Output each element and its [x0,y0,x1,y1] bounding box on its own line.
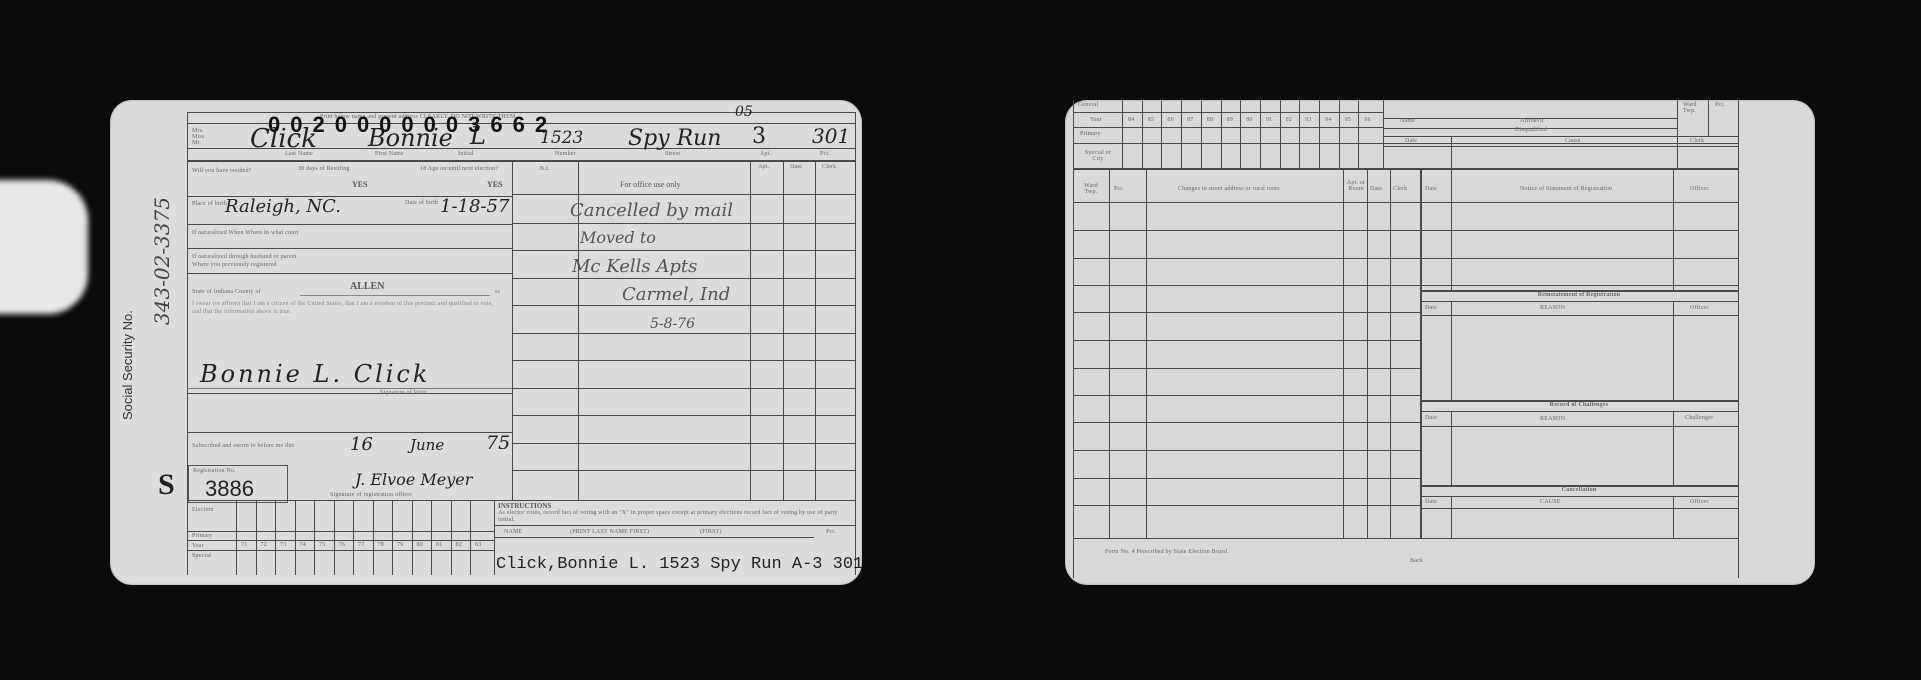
grid-year: 81 [436,542,442,548]
ssn-label: Social Security No. [120,310,135,420]
grid-year: 71 [241,542,247,548]
grid-year: 90 [1246,117,1252,123]
grid-year: 80 [417,542,423,548]
birthdate-value: 1-18-57 [440,196,509,217]
footer-name-label: NAME [504,529,522,535]
grid-line [1319,100,1320,170]
sworn-month: June [410,436,444,454]
q3-label: 18 Age on/until next election? [420,166,498,172]
office-note: Carmel, Ind [622,284,730,305]
sworn-year: 75 [486,432,510,454]
q1-label: Will you have resided? [192,168,252,174]
registration-number-value: 3886 [205,476,254,502]
back-label: Back [1410,558,1423,564]
grid-line [1073,340,1420,341]
cancellation-title: Cancellation [1420,487,1738,493]
top-mark: 05 [735,104,753,120]
grid-year: 86 [1167,117,1173,123]
apt-label: Apt. [760,151,771,157]
grid-line [1142,100,1143,170]
address-apt: 3 [752,124,766,149]
grid-year: 89 [1227,117,1233,123]
oath-text: I swear (or affirm) that I am a citizen … [192,300,502,316]
voter-registration-card-back [1065,100,1815,585]
grid-year: 92 [1286,117,1292,123]
pct-label-right: Pct. [1715,102,1725,108]
grid-label-year: Year [192,543,204,549]
col-date: Date [1370,186,1382,192]
grid-line [451,500,452,575]
blurred-card-edge [0,180,88,314]
instructions-title: INSTRUCTIONS [498,502,551,510]
title-prefix: Mrs.MissMr. [192,128,204,146]
sworn-label: Subscribed and sworn to before me this [192,443,295,449]
q2-label: 30 days of Residing [298,166,350,172]
address-number: 1523 [540,128,583,148]
office-bi-label: B.I. [540,166,550,172]
instructions-text: As elector votes, record fact of voting … [498,510,848,524]
address-street: Spy Run [628,126,721,151]
challenges-title: Record of Challenges [1420,402,1738,408]
grid-year: 75 [319,542,325,548]
footer-pct-label: Pct. [826,529,836,535]
office-note: Moved to [580,228,656,247]
disqualified-label: Disqualified [1515,127,1547,133]
grid-line [1073,450,1420,451]
grid-line [1122,100,1123,170]
grid-label-election: Election [192,507,214,513]
county-suffix: ss [495,289,500,295]
grid-line [373,500,374,575]
col-pct: Pct. [1114,186,1124,192]
office-note: 5-8-76 [650,316,695,332]
grid-line [392,500,393,575]
row-label-special: Special or City [1080,150,1116,162]
affidavit-label: Affidavit [1520,118,1544,124]
registration-number-box: Registration No. 3886 [188,465,288,503]
cancellation-date: Date [1425,499,1437,505]
grid-line [1181,100,1182,170]
sworn-day: 16 [350,434,373,455]
cause-label: Cause [1565,138,1581,144]
voter-signature: Bonnie L. Click [200,360,430,388]
col-officer: Officer [1690,186,1709,192]
col-clerk: Clerk [1393,186,1407,192]
grid-line [236,500,237,575]
cancellation-cause: CAUSE [1540,499,1561,505]
cancellation-officer: Officer [1690,499,1709,505]
q3-value: YES [487,180,503,189]
number-label: Number [555,151,576,157]
challenges-date: Date [1425,415,1437,421]
footer-first-label: (FIRST) [700,529,722,535]
grid-line [1073,478,1420,479]
grid-line [1073,505,1420,506]
grid-year: 84 [1128,117,1134,123]
grid-line [1299,100,1300,170]
grid-year: 77 [358,542,364,548]
grid-year: 72 [261,542,267,548]
row-label-primary: Primary [1080,131,1101,137]
grid-line [334,500,335,575]
date-label: Date [1405,138,1417,144]
col-apt: Apt. or Room [1346,180,1366,192]
grid-line [1201,100,1202,170]
birthdate-label: Date of birth [405,200,438,206]
grid-line [1073,395,1420,396]
office-note: Mc Kells Apts [572,256,697,277]
grid-line [1339,100,1340,170]
col-date2: Date [1425,186,1437,192]
grid-year: 73 [280,542,286,548]
col-ward: Ward Twp. [1078,183,1104,195]
registration-number-label: Registration No. [193,468,236,474]
grid-line [1260,100,1261,170]
footer-print-label: (PRINT LAST NAME FIRST) [570,529,649,535]
grid-year: 83 [475,542,481,548]
grid-year: 93 [1305,117,1311,123]
birthplace-value: Raleigh, NC. [225,196,341,217]
q2-value: YES [352,180,368,189]
grid-year: 95 [1345,117,1351,123]
ssn-value: 343-02-3375 [150,197,174,325]
grid-year: 78 [378,542,384,548]
grid-line [1280,100,1281,170]
col-notice: Notice of Statement of Registration [1520,186,1612,192]
side-letter: S [158,468,175,502]
typed-label: Click,Bonnie L. 1523 Spy Run A-3 301 [496,555,863,574]
grid-line [1073,285,1738,286]
county-value: ALLEN [350,281,384,292]
grid-line [1240,100,1241,170]
grid-line [1073,258,1738,259]
officer-signature-label: Signature of registration officer [330,492,412,498]
grid-year: 74 [300,542,306,548]
grid-line [1073,368,1420,369]
grid-year: 96 [1364,117,1370,123]
col-changes: Changes in street address or rural route [1178,186,1280,192]
grid-line [1221,100,1222,170]
previous-registration-label: Where you previously registered [192,262,277,268]
officer-signature: J. Elvoe Meyer [355,470,472,489]
naturalized-label: If naturalized When Where In what court [192,230,299,236]
clerk-label: Clerk [1690,138,1704,144]
county-label: State of Indiana County of [192,289,261,295]
grid-year: 94 [1325,117,1331,123]
office-date-label: Date [790,164,802,170]
grid-line [275,500,276,575]
reinstatement-reason: REASON [1540,305,1565,311]
address-pct: 301 [812,124,850,148]
grid-line [295,500,296,575]
grid-line [1073,422,1420,423]
first-name-label: First Name [375,151,404,157]
ward-label: Ward Twp. [1683,102,1703,114]
pct-label: Pct. [820,151,830,157]
grid-line [353,500,354,575]
grid-year: 87 [1187,117,1193,123]
office-apt-label: Apt. [758,164,769,170]
last-name-label: Last Name [285,151,313,157]
grid-year: 82 [456,542,462,548]
office-use-label: For office use only [620,180,681,189]
row-label-general: General [1078,102,1098,108]
grid-line [256,500,257,575]
initial-label: Initial [458,151,474,157]
grid-line [470,500,471,575]
grid-line [1358,100,1359,170]
grid-label-special: Special [192,553,211,559]
grid-year: 79 [397,542,403,548]
challenges-reason: REASON [1540,416,1565,422]
grid-line [412,500,413,575]
grid-line [1161,100,1162,170]
reinstatement-title: Reinstatement of Registration [1420,292,1738,298]
challenges-challenger: Challenger [1685,415,1713,421]
grid-line [1073,230,1738,231]
row-label-year: Year [1090,117,1102,123]
grid-year: 85 [1148,117,1154,123]
signature-label: Signature of Voter [380,390,427,396]
grid-line [1073,312,1420,313]
street-label: Street [665,151,680,157]
grid-line [431,500,432,575]
name-label: Name [1400,118,1415,124]
form-number: Form No. 4 Prescribed by State Election … [1105,549,1227,555]
naturalized-husband-label: If naturalized through husband or parent [192,254,297,260]
office-clerk-label: Clerk [822,164,836,170]
reinstatement-officer: Officer [1690,305,1709,311]
grid-year: 88 [1207,117,1213,123]
grid-year: 91 [1266,117,1272,123]
birthplace-label: Place of birth [192,201,227,207]
reinstatement-date: Date [1425,305,1437,311]
grid-line [314,500,315,575]
grid-label-primary: Primary [192,533,213,539]
grid-year: 76 [339,542,345,548]
office-note: Cancelled by mail [570,200,733,221]
stamped-number: 0020000003662 [268,112,557,138]
